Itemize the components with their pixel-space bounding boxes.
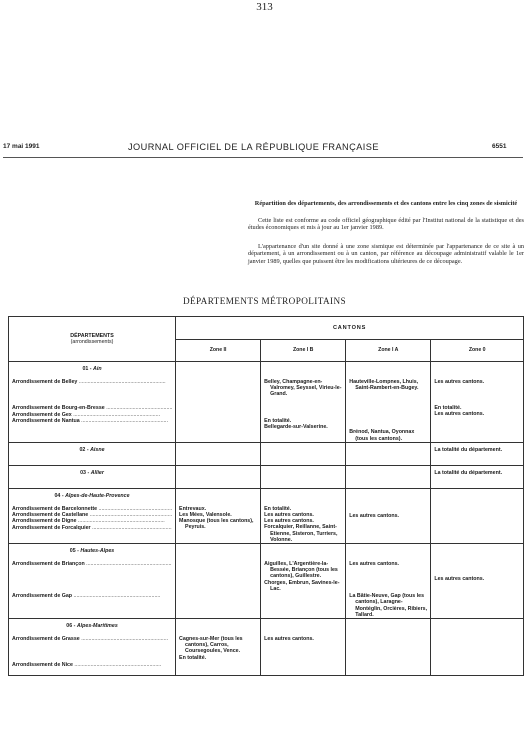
department-row: 02 - AisneLa totalité du département. [9, 442, 524, 465]
canton-entry: Les autres cantons. [434, 379, 520, 385]
department-row: 04 - Alpes-de-Haute-ProvenceArrondisseme… [9, 488, 524, 543]
zone-cell-zone-IA: Les autres cantons.La Bâtie-Neuve, Gap (… [346, 544, 431, 619]
department-cell: 03 - Allier [9, 465, 176, 488]
zone-cell-zone-0: La totalité du département. [431, 442, 524, 465]
canton-entry: Les autres cantons. [349, 561, 427, 567]
department-name: 05 - Hautes-Alpes [12, 548, 172, 554]
journal-title: JOURNAL OFFICIEL DE LA RÉPUBLIQUE FRANÇA… [128, 142, 379, 152]
arrondissement-name: Arrondissement de Nice [12, 662, 172, 668]
zone-cell-zone-IA [346, 442, 431, 465]
zone-cell-zone-II [176, 465, 261, 488]
canton-entry: Les autres cantons. [434, 411, 520, 417]
zone-cell-zone-II [176, 362, 261, 443]
header-rule [3, 157, 523, 158]
zone-cell-zone-0 [431, 619, 524, 676]
header-zone-IB: Zone I B [261, 340, 346, 362]
zone-cell-zone-0: Les autres cantons.En totalité.Les autre… [431, 362, 524, 443]
canton-entry: Belley, Champagne-en-Valromey, Seyssel, … [264, 379, 342, 398]
zone-cell-zone-II [176, 442, 261, 465]
zone-cell-zone-IB: Belley, Champagne-en-Valromey, Seyssel, … [261, 362, 346, 443]
zone-cell-zone-IB [261, 465, 346, 488]
arrondissement-name: Arrondissement de Gap [12, 593, 172, 599]
zone-cell-zone-IB: Les autres cantons. [261, 619, 346, 676]
header-page-number: 6551 [492, 143, 506, 150]
canton-entry: Forcalquier, Reillanne, Saint-Etienne, S… [264, 524, 342, 543]
department-cell: 04 - Alpes-de-Haute-ProvenceArrondisseme… [9, 488, 176, 543]
zone-cell-zone-0: La totalité du département. [431, 465, 524, 488]
arrondissement-name: Arrondissement de Briançon [12, 561, 172, 567]
seismic-zones-table: DÉPARTEMENTS (arrondissements) CANTONS Z… [8, 316, 524, 676]
canton-entry: En totalité. [179, 655, 257, 661]
arrondissement-name: Arrondissement de Digne [12, 518, 172, 524]
zone-cell-zone-0 [431, 488, 524, 543]
canton-entry: Les autres cantons. [349, 513, 427, 519]
arrondissement-name: Arrondissement de Nantua [12, 418, 172, 424]
department-row: 03 - AllierLa totalité du département. [9, 465, 524, 488]
department-row: 05 - Hautes-AlpesArrondissement de Brian… [9, 544, 524, 619]
arrondissement-name: Arrondissement de Gex [12, 412, 172, 418]
header-zone-IA: Zone I A [346, 340, 431, 362]
header-cantons: CANTONS [176, 317, 524, 340]
canton-entry: Aiguilles, L'Argentière-la-Bessée, Brian… [264, 561, 342, 580]
canton-entry: Hauteville-Lompnes, Lhuis, Saint-Rambert… [349, 379, 427, 391]
intro-paragraph-1: Cette liste est conforme au code officie… [248, 217, 524, 232]
department-name: 02 - Aisne [12, 447, 172, 453]
header-zone-II: Zone II [176, 340, 261, 362]
header-date: 17 mai 1991 [3, 143, 40, 150]
canton-entry: La Bâtie-Neuve, Gap (tous les cantons), … [349, 593, 427, 618]
zone-cell-zone-IB: En totalité.Les autres cantons.Les autre… [261, 488, 346, 543]
intro-title: Répartition des départements, des arrond… [248, 200, 524, 207]
canton-entry: Chorges, Embrun, Savines-le-Lac. [264, 580, 342, 592]
zone-cell-zone-II: Entrevaux.Les Mées, Valensole.Manosque (… [176, 488, 261, 543]
canton-entry: Cagnes-sur-Mer (tous les cantons), Carro… [179, 636, 257, 655]
section-title: DÉPARTEMENTS MÉTROPOLITAINS [0, 296, 529, 306]
arrondissement-name: Arrondissement de Grasse [12, 636, 172, 642]
zone-cell-zone-II: Cagnes-sur-Mer (tous les cantons), Carro… [176, 619, 261, 676]
department-name: 01 - Ain [12, 366, 172, 372]
department-name: 04 - Alpes-de-Haute-Provence [12, 493, 172, 499]
intro-paragraph-2: L'appartenance d'un site donné à une zon… [248, 243, 524, 265]
canton-entry: Manosque (tous les cantons), Peyruis. [179, 518, 257, 530]
canton-entry: Bellegarde-sur-Valserine. [264, 424, 342, 430]
department-cell: 01 - AinArrondissement de BelleyArrondis… [9, 362, 176, 443]
canton-entry: Les autres cantons. [264, 636, 342, 642]
zone-cell-zone-IA: Hauteville-Lompnes, Lhuis, Saint-Rambert… [346, 362, 431, 443]
arrondissement-name: Arrondissement de Bourg-en-Bresse [12, 405, 172, 411]
arrondissement-name: Arrondissement de Belley [12, 379, 172, 385]
zone-cell-zone-IA [346, 465, 431, 488]
department-cell: 02 - Aisne [9, 442, 176, 465]
canton-entry: Les autres cantons. [434, 576, 520, 582]
department-cell: 06 - Alpes-MaritimesArrondissement de Gr… [9, 619, 176, 676]
zone-cell-zone-IA: Les autres cantons. [346, 488, 431, 543]
header-arrondissements-label: (arrondissements) [12, 339, 172, 345]
department-name: 03 - Allier [12, 470, 172, 476]
department-cell: 05 - Hautes-AlpesArrondissement de Brian… [9, 544, 176, 619]
header-zone-0: Zone 0 [431, 340, 524, 362]
zone-cell-zone-IB: Aiguilles, L'Argentière-la-Bessée, Brian… [261, 544, 346, 619]
department-row: 01 - AinArrondissement de BelleyArrondis… [9, 362, 524, 443]
department-row: 06 - Alpes-MaritimesArrondissement de Gr… [9, 619, 524, 676]
header-departements: DÉPARTEMENTS (arrondissements) [9, 317, 176, 362]
canton-entry: Brénod, Nantua, Oyonnax (tous les canton… [349, 429, 427, 441]
zone-cell-zone-IA [346, 619, 431, 676]
zone-cell-zone-IB [261, 442, 346, 465]
department-name: 06 - Alpes-Maritimes [12, 623, 172, 629]
zone-cell-zone-II [176, 544, 261, 619]
canton-entry: La totalité du département. [434, 470, 520, 476]
arrondissement-name: Arrondissement de Forcalquier [12, 525, 172, 531]
canton-entry: La totalité du département. [434, 447, 520, 453]
page-number: 313 [0, 1, 529, 13]
zone-cell-zone-0: Les autres cantons. [431, 544, 524, 619]
